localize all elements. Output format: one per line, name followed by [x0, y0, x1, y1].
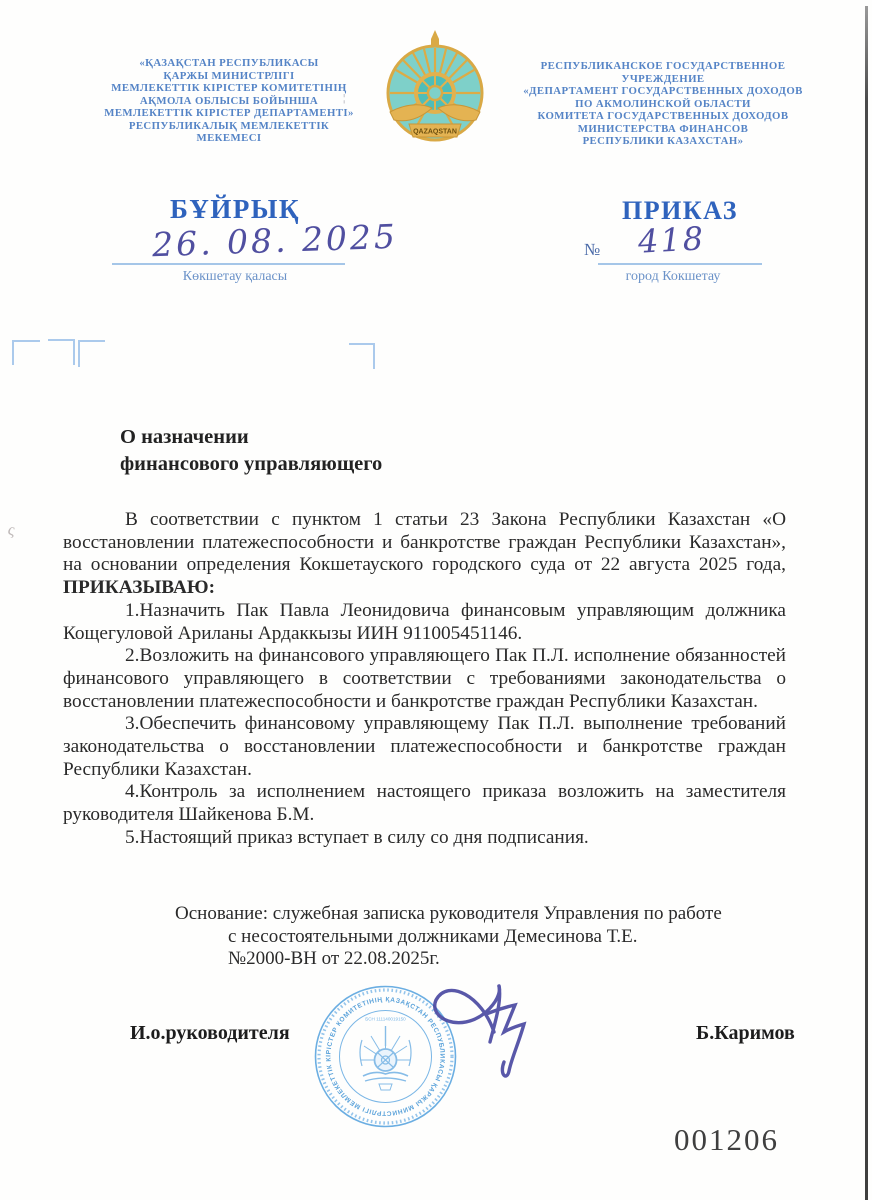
kazakhstan-coat-of-arms-icon: QAZAQSTAN — [383, 27, 487, 149]
place-russian: город Кокшетау — [548, 269, 798, 285]
corner-mark — [12, 340, 40, 365]
handwritten-order-number: 418 — [637, 219, 706, 260]
letterhead-kazakh-line: МЕМЛЕКЕТТІК КІРІСТЕР ДЕПАРТАМЕНТІ» — [66, 107, 392, 120]
date-underline — [112, 263, 345, 265]
order-number-label: № — [584, 240, 600, 260]
scan-tick: ¦ — [343, 92, 345, 104]
letterhead-russian-line: КОМИТЕТА ГОСУДАРСТВЕННЫХ ДОХОДОВ — [494, 110, 832, 123]
basis-block: Основание: служебная записка руководител… — [175, 903, 722, 971]
order-item-3: 3.Обеспечить финансовому управляющему Па… — [63, 713, 786, 781]
handwritten-date: 26. 08. 2025 — [151, 217, 398, 265]
letterhead-russian-line: МИНИСТЕРСТВА ФИНАНСОВ — [494, 123, 832, 136]
letterhead-kazakh-line: МЕКЕМЕСІ — [66, 132, 392, 145]
order-body: В соответствии с пунктом 1 статьи 23 Зак… — [63, 509, 786, 850]
place-kazakh: Көкшетау қаласы — [110, 269, 360, 285]
letterhead-kazakh-line: РЕСПУБЛИКАЛЫҚ МЕМЛЕКЕТТІК — [66, 120, 392, 133]
letterhead-russian-line: ПО АКМОЛИНСКОЙ ОБЛАСТИ — [494, 98, 832, 111]
order-item-5: 5.Настоящий приказ вступает в силу со дн… — [63, 827, 786, 850]
letterhead-russian-line: РЕСПУБЛИКИ КАЗАХСТАН» — [494, 135, 832, 148]
form-number: 001206 — [674, 1122, 779, 1158]
handwritten-signature — [426, 970, 538, 1085]
scanned-order-document: «ҚАЗАҚСТАН РЕСПУБЛИКАСЫ ҚАРЖЫ МИНИСТРЛІГ… — [0, 0, 872, 1200]
stamp-emblem — [360, 1026, 411, 1090]
stamp-bin-text: БСН 111140019150 — [365, 1017, 406, 1022]
order-item-1: 1.Назначить Пак Павла Леонидовича финанс… — [63, 600, 786, 645]
signer-position: И.о.руководителя — [130, 1022, 290, 1045]
subject-line-2: финансового управляющего — [120, 451, 382, 478]
corner-mark — [48, 339, 75, 365]
letterhead-russian-line: РЕСПУБЛИКАНСКОЕ ГОСУДАРСТВЕННОЕ — [494, 60, 832, 73]
letterhead-russian-line: «ДЕПАРТАМЕНТ ГОСУДАРСТВЕННЫХ ДОХОДОВ — [494, 85, 832, 98]
order-item-4: 4.Контроль за исполнением настоящего при… — [63, 781, 786, 826]
corner-mark — [78, 340, 105, 367]
letterhead-russian-line: УЧРЕЖДЕНИЕ — [494, 73, 832, 86]
signer-name: Б.Каримов — [696, 1022, 795, 1045]
order-item-2: 2.Возложить на финансового управляющего … — [63, 645, 786, 713]
subject-line-1: О назначении — [120, 424, 382, 451]
preamble-paragraph: В соответствии с пунктом 1 статьи 23 Зак… — [63, 509, 786, 600]
order-subject: О назначении финансового управляющего — [120, 424, 382, 478]
scan-edge-line — [865, 6, 868, 1200]
letterhead-russian: РЕСПУБЛИКАНСКОЕ ГОСУДАРСТВЕННОЕ УЧРЕЖДЕН… — [494, 60, 832, 148]
letterhead-kazakh-line: ҚАРЖЫ МИНИСТРЛІГІ — [66, 70, 392, 83]
basis-line-1: Основание: служебная записка руководител… — [175, 903, 722, 926]
scan-smudge: ς — [6, 520, 16, 541]
basis-line-3: №2000-ВН от 22.08.2025г. — [228, 948, 722, 971]
number-underline — [598, 263, 762, 265]
emblem-banner-text: QAZAQSTAN — [413, 129, 457, 136]
letterhead-kazakh-line: «ҚАЗАҚСТАН РЕСПУБЛИКАСЫ — [66, 57, 392, 70]
prikazivayu-keyword: ПРИКАЗЫВАЮ: — [63, 577, 215, 598]
preamble-text: В соответствии с пунктом 1 статьи 23 Зак… — [63, 509, 786, 575]
basis-line-2: с несостоятельными должниками Демесинова… — [228, 926, 722, 949]
corner-mark — [349, 343, 375, 369]
